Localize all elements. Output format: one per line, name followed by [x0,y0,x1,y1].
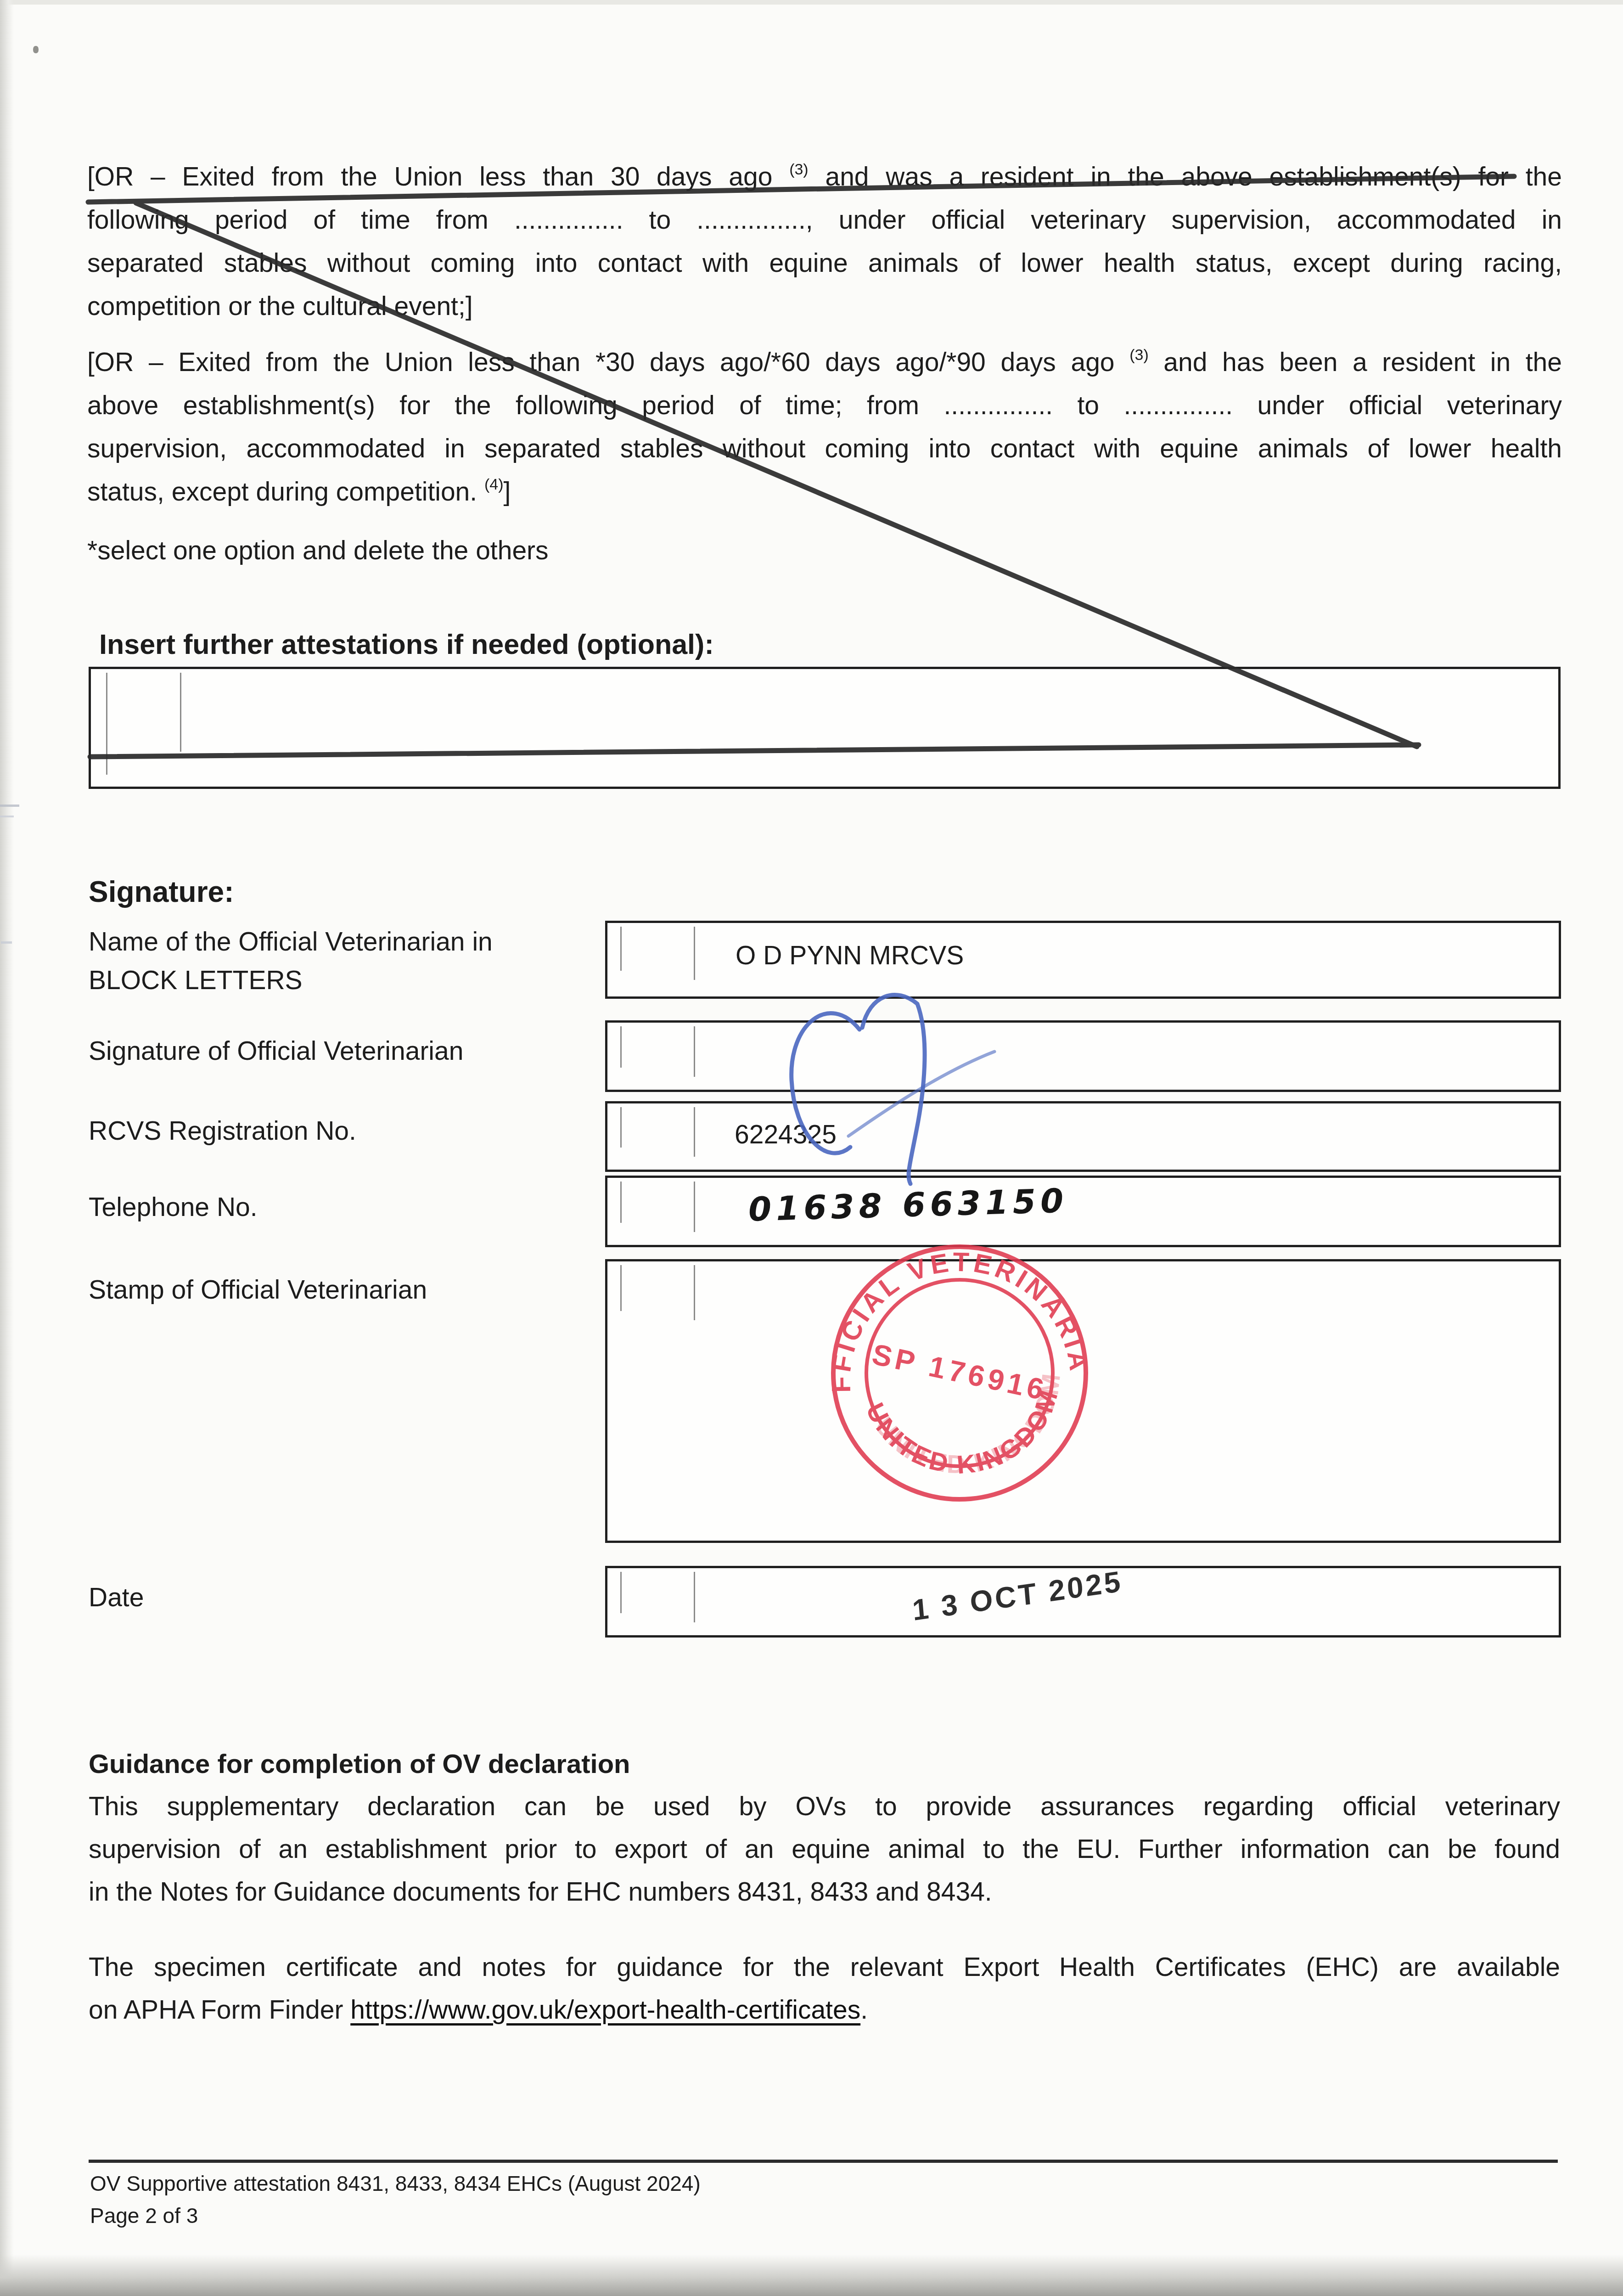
scan-speck [33,46,39,53]
footer-rule [89,2160,1558,2163]
guidance-line: on APHA Form Finder https://www.gov.uk/e… [89,1989,1560,2032]
scan-margin-mark [0,816,14,817]
scan-edge-bottom [0,2255,1623,2296]
attestation-line: [OR – Exited from the Union less than *3… [87,341,1562,384]
further-attestations-box [89,667,1561,789]
guidance-line: in the Notes for Guidance documents for … [89,1871,1560,1913]
signature-box [605,1020,1561,1092]
attestation-line: above establishment(s) for the following… [87,384,1562,427]
signature-label: Signature of Official Veterinarian [89,1036,463,1066]
name-label: Name of the Official Veterinarian in BLO… [89,927,493,996]
export-health-certificates-link[interactable]: https://www.gov.uk/export-health-certifi… [350,1995,860,2025]
footnote-ref: (4) [484,476,504,493]
official-veterinarian-stamp: OFFICIAL VETERINARIAN UNITED KINGDOM UNI… [804,1218,1115,1528]
scan-edge-left [0,0,14,2296]
form-field-tick [694,927,695,980]
form-field-tick [106,673,107,775]
footnote-ref: (3) [1129,346,1149,364]
attestation-line: separated stables without coming into co… [87,242,1562,285]
attestation-option-1: [OR – Exited from the Union less than 30… [87,155,1562,328]
form-field-tick [180,673,181,752]
form-field-tick [620,1572,622,1613]
attestation-line: following period of time from ..........… [87,198,1562,242]
form-field-tick [694,1107,695,1157]
form-field-tick [694,1026,695,1077]
form-field-tick [694,1182,695,1232]
form-field-tick [620,1107,622,1148]
guidance-paragraph-1: This supplementary declaration can be us… [89,1785,1560,1913]
guidance-paragraph-2: The specimen certificate and notes for g… [89,1946,1560,2032]
form-field-tick [620,1182,622,1223]
form-field-tick [694,1265,695,1320]
attestation-line: competition or the cultural event;] [87,285,1562,328]
stamp-center-number: SP 176916 [869,1338,1050,1407]
form-field-tick [620,927,622,971]
footnote-ref: (3) [789,161,809,178]
scanned-document-page: [OR – Exited from the Union less than 30… [0,0,1623,2296]
rcvs-label: RCVS Registration No. [89,1116,356,1146]
attestation-option-2: [OR – Exited from the Union less than *3… [87,341,1562,513]
date-label: Date [89,1582,144,1613]
scan-margin-mark [0,805,19,807]
guidance-line: supervision of an establishment prior to… [89,1828,1560,1871]
phone-label: Telephone No. [89,1192,258,1222]
footer-document-title: OV Supportive attestation 8431, 8433, 84… [90,2171,701,2196]
signature-heading: Signature: [89,875,234,909]
name-value: O D PYNN MRCVS [736,940,964,971]
scan-margin-mark [1,941,12,944]
further-attestations-heading: Insert further attestations if needed (o… [99,628,714,660]
form-field-tick [620,1265,622,1311]
attestation-line: supervision, accommodated in separated s… [87,427,1562,470]
rcvs-value: 6224325 [735,1120,837,1150]
attestation-line: [OR – Exited from the Union less than 30… [87,155,1562,198]
scan-edge-top [0,0,1623,5]
guidance-heading: Guidance for completion of OV declaratio… [89,1749,630,1779]
footer-page-number: Page 2 of 3 [90,2203,198,2228]
guidance-line: The specimen certificate and notes for g… [89,1946,1560,1989]
attestation-line: status, except during competition. (4)] [87,470,1562,513]
stamp-label: Stamp of Official Veterinarian [89,1275,427,1305]
form-field-tick [694,1572,695,1622]
select-option-note: *select one option and delete the others [87,535,549,566]
form-field-tick [620,1026,622,1068]
guidance-line: This supplementary declaration can be us… [89,1785,1560,1828]
